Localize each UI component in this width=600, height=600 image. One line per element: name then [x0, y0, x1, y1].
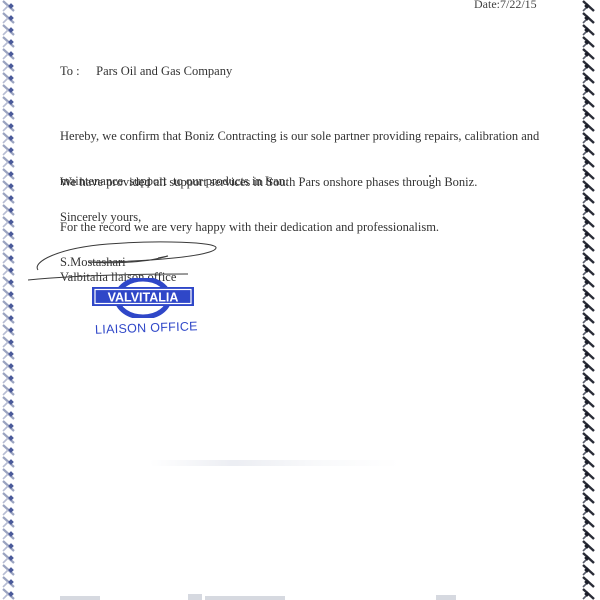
valvitalia-stamp-logo: VALVITALIA	[88, 278, 198, 318]
braid-pattern-icon	[2, 0, 16, 600]
recipient-label: To :	[60, 64, 93, 79]
body-paragraph-services: We have provided all support services in…	[60, 145, 560, 250]
recipient-name: Pars Oil and Gas Company	[96, 64, 232, 78]
stray-mark	[429, 175, 431, 177]
stamp-caption: LIAISON OFFICE	[95, 319, 198, 337]
footer-scan-marks	[0, 594, 600, 600]
decorative-border-right	[582, 0, 596, 600]
decorative-border-left	[2, 0, 16, 600]
stamp-brand: VALVITALIA	[108, 291, 179, 305]
paragraph-line: Hereby, we confirm that Boniz Contractin…	[60, 129, 560, 144]
paragraph-line: We have provided all support services in…	[60, 175, 560, 190]
scan-artifact	[150, 460, 400, 466]
letter-date: Date:7/22/15	[474, 0, 537, 12]
signer-name: S.Mostashari	[60, 255, 126, 270]
recipient-line: To : Pars Oil and Gas Company	[60, 64, 232, 79]
braid-pattern-icon	[582, 0, 596, 600]
closing-salutation: Sincerely yours,	[60, 210, 141, 225]
